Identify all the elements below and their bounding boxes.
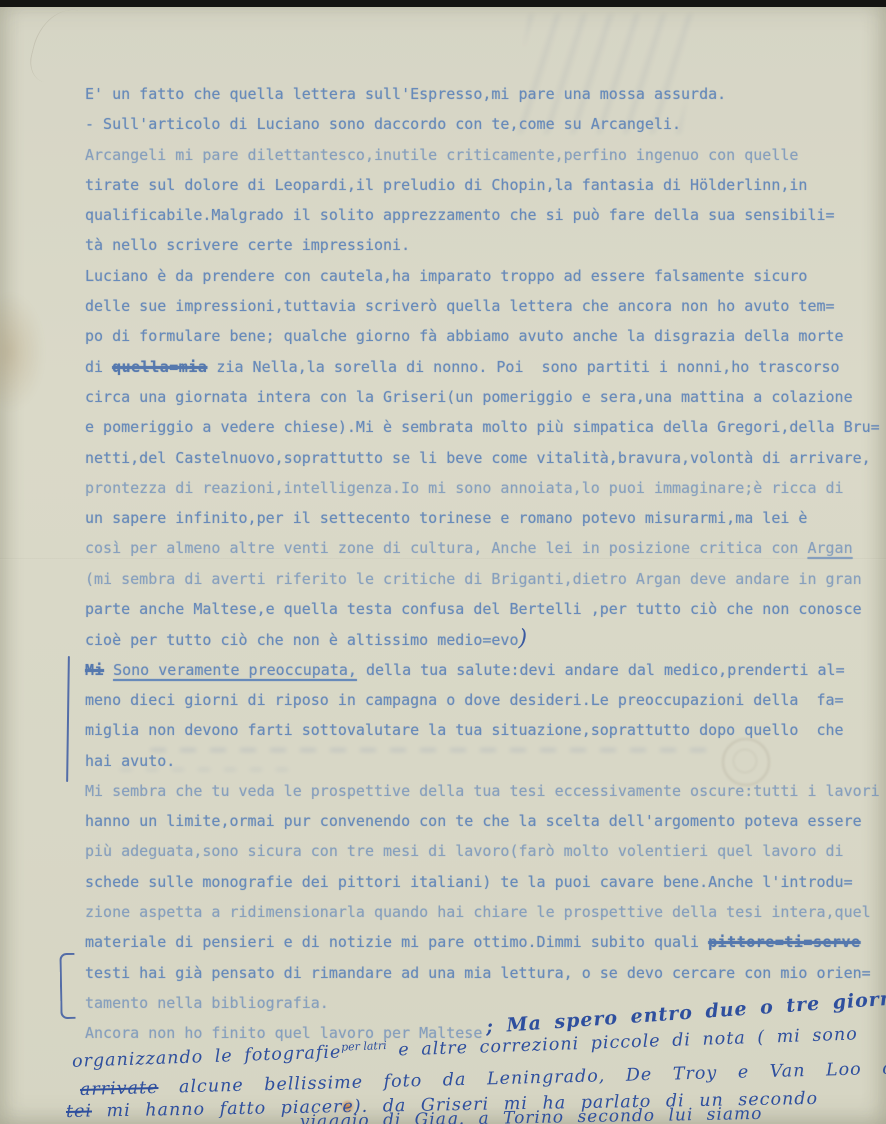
typed-line: Mi Sono veramente preoccupata, della tua… — [85, 655, 875, 685]
typed-segment: e pomeriggio a vedere chiese).Mi è sembr… — [85, 418, 880, 436]
typed-line: Arcangeli mi pare dilettantesco,inutile … — [85, 140, 875, 170]
typed-line: cioè per tutto ciò che non è altissimo m… — [85, 624, 875, 654]
typed-segment: parte anche Maltese,e quella testa confu… — [85, 600, 862, 618]
typed-segment: materiale di pensieri e di notizie mi pa… — [85, 933, 708, 951]
letter-page: E' un fatto che quella lettera sull'Espr… — [0, 0, 886, 1124]
typed-segment: Luciano è da prendere con cautela,ha imp… — [85, 267, 807, 285]
typed-segment — [104, 661, 113, 679]
typed-segment: netti,del Castelnuovo,soprattutto se li … — [85, 449, 871, 467]
typed-segment-underline: Sono veramente preoccupata, — [113, 661, 357, 679]
typed-segment: prontezza di reazioni,intelligenza.Io mi… — [85, 479, 844, 497]
typed-line: (mi sembra di averti riferito le critich… — [85, 564, 875, 594]
typed-segment: delle sue impressioni,tuttavia scriverò … — [85, 297, 835, 315]
typed-line: delle sue impressioni,tuttavia scriverò … — [85, 291, 875, 321]
typed-segment: circa una giornata intera con la Griseri… — [85, 388, 853, 406]
typed-segment: zione aspetta a ridimensionarla quando h… — [85, 903, 871, 921]
typed-line: hanno un limite,ormai pur convenendo con… — [85, 806, 875, 836]
typed-segment: testi hai già pensato di rimandare ad un… — [85, 964, 871, 982]
typed-segment: della tua salute:devi andare dal medico,… — [357, 661, 845, 679]
typed-segment: E' un fatto che quella lettera sull'Espr… — [85, 85, 726, 103]
typed-line: - Sull'articolo di Luciano sono daccordo… — [85, 109, 875, 139]
typed-line: più adeguata,sono sicura con tre mesi di… — [85, 836, 875, 866]
typed-segment: un sapere infinito,per il settecento tor… — [85, 509, 807, 527]
typed-segment: hanno un limite,ormai pur convenendo con… — [85, 812, 862, 830]
typed-segment: tamento nella bibliografia. — [85, 994, 329, 1012]
typed-line: miglia non devono farti sottovalutare la… — [85, 715, 875, 745]
typed-segment: tà nello scrivere certe impressioni. — [85, 236, 410, 254]
typed-line: netti,del Castelnuovo,soprattutto se li … — [85, 443, 875, 473]
typed-line: tirate sul dolore di Leopardi,il preludi… — [85, 170, 875, 200]
typed-line: po di formulare bene; qualche giorno fà … — [85, 321, 875, 351]
typed-segment: Mi sembra che tu veda le prospettive del… — [85, 782, 880, 800]
typed-line: testi hai già pensato di rimandare ad un… — [85, 958, 875, 988]
typed-segment: schede sulle monografie dei pittori ital… — [85, 873, 853, 891]
typed-segment-underline: Argan — [807, 539, 852, 557]
typed-segment: Arcangeli mi pare dilettantesco,inutile … — [85, 146, 798, 164]
scan-edge-top — [0, 0, 886, 7]
typed-line: un sapere infinito,per il settecento tor… — [85, 503, 875, 533]
typed-line: qualificabile.Malgrado il solito apprezz… — [85, 200, 875, 230]
handwritten-segment-strike: arrivate — [80, 1078, 159, 1100]
typed-line: e pomeriggio a vedere chiese).Mi è sembr… — [85, 412, 875, 442]
typed-segment: tirate sul dolore di Leopardi,il preludi… — [85, 176, 807, 194]
typed-segment: più adeguata,sono sicura con tre mesi di… — [85, 842, 844, 860]
typed-line: tà nello scrivere certe impressioni. — [85, 230, 875, 260]
handwritten-segment-sup: per latri — [341, 1039, 387, 1054]
handwritten-segment-strike: tei — [66, 1102, 92, 1122]
typed-segment-hand-paren: ) — [518, 626, 527, 651]
paper-stain — [0, 292, 44, 412]
typed-line: hai avuto. — [85, 746, 875, 776]
typed-line: meno dieci giorni di riposo in campagna … — [85, 685, 875, 715]
typed-segment: po di formulare bene; qualche giorno fà … — [85, 327, 844, 345]
margin-bracket — [59, 953, 75, 1019]
typed-line: E' un fatto che quella lettera sull'Espr… — [85, 79, 875, 109]
typed-line: Luciano è da prendere con cautela,ha imp… — [85, 261, 875, 291]
typed-line: zione aspetta a ridimensionarla quando h… — [85, 897, 875, 927]
typed-line: parte anche Maltese,e quella testa confu… — [85, 594, 875, 624]
typed-segment: (mi sembra di averti riferito le critich… — [85, 570, 862, 588]
typed-segment: hai avuto. — [85, 752, 175, 770]
typed-segment: qualificabile.Malgrado il solito apprezz… — [85, 206, 835, 224]
typed-segment: meno dieci giorni di riposo in campagna … — [85, 691, 844, 709]
typed-segment: cioè per tutto ciò che non è altissimo m… — [85, 631, 518, 649]
typed-segment: zia Nella,la sorella di nonno. Poi sono … — [207, 358, 839, 376]
typed-text: E' un fatto che quella lettera sull'Espr… — [85, 79, 875, 1049]
typed-line: di quella=mia zia Nella,la sorella di no… — [85, 352, 875, 382]
typed-segment: così per almeno altre venti zone di cult… — [85, 539, 807, 557]
typed-line: circa una giornata intera con la Griseri… — [85, 382, 875, 412]
typed-line: Mi sembra che tu veda le prospettive del… — [85, 776, 875, 806]
typed-segment: di — [85, 358, 112, 376]
typed-segment-strike: pittore=ti=serve — [708, 933, 861, 951]
margin-emphasis-line — [66, 656, 70, 782]
typed-segment: miglia non devono farti sottovalutare la… — [85, 721, 844, 739]
typed-segment-strike: Mi — [85, 661, 104, 679]
typed-line: materiale di pensieri e di notizie mi pa… — [85, 927, 875, 957]
typed-segment: - Sull'articolo di Luciano sono daccordo… — [85, 115, 681, 133]
typed-line: così per almeno altre venti zone di cult… — [85, 533, 875, 563]
typed-line: prontezza di reazioni,intelligenza.Io mi… — [85, 473, 875, 503]
typed-segment-strike: quella=mia — [112, 358, 207, 376]
typed-line: schede sulle monografie dei pittori ital… — [85, 867, 875, 897]
